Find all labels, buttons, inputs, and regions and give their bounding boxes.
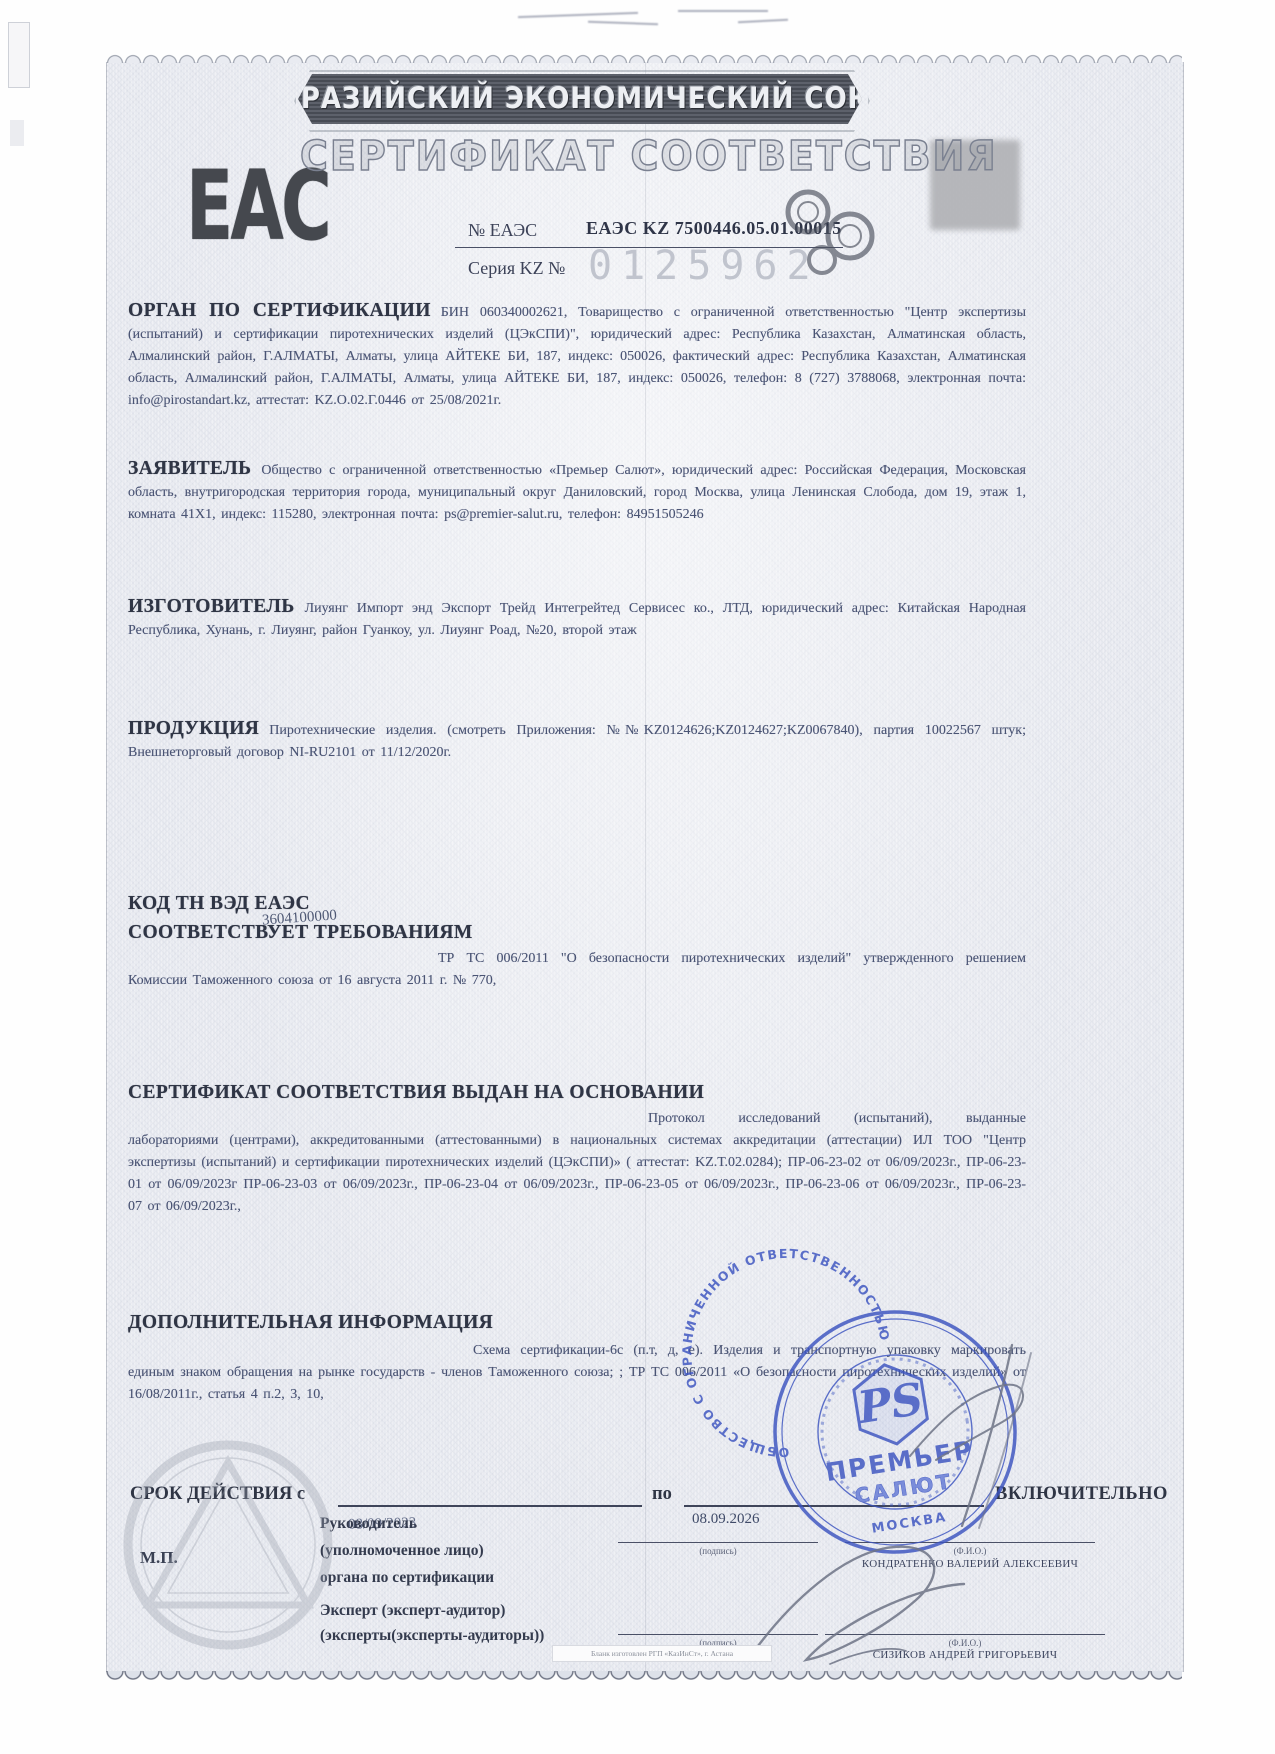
certificate-page: ЕАС ЕВРАЗИЙСКИЙ ЭКОНОМИЧЕСКИЙ СОЮЗ СЕРТИ… [0,0,1275,1754]
blank-manufacturer-note: Бланк изготовлен РГП «КазИнСт», г. Астан… [552,1645,772,1662]
blank-manufacturer-text: Бланк изготовлен РГП «КазИнСт», г. Астан… [591,1649,733,1658]
handwritten-signatures [0,0,1275,1754]
